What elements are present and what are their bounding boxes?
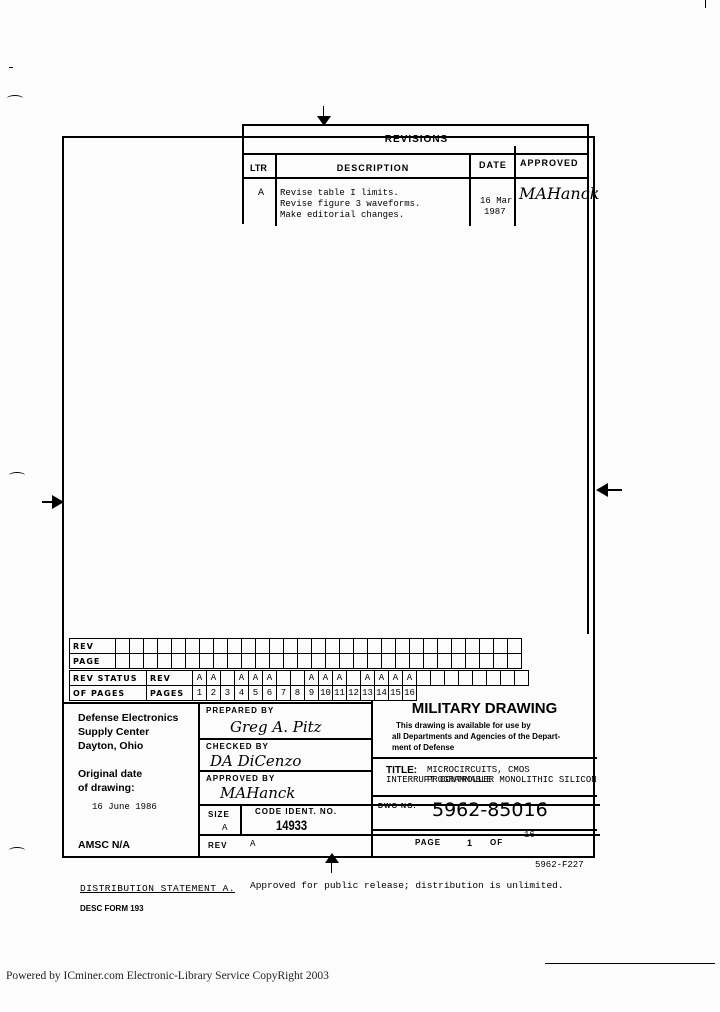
revision-description-1: Revise table I limits. xyxy=(280,188,399,198)
availability-line-3: ment of Defense xyxy=(392,743,454,752)
rev-cell: A xyxy=(235,671,249,686)
revisions-title: REVISIONS xyxy=(244,134,589,145)
footer-rule xyxy=(545,963,715,964)
distribution-label: DISTRIBUTION STATEMENT A. xyxy=(80,883,235,894)
rev-cell xyxy=(221,671,235,686)
center-mark-left xyxy=(42,495,64,509)
agency-line-3: Dayton, Ohio xyxy=(78,740,143,752)
revision-date-2: 1987 xyxy=(484,207,506,217)
agency-line-2: Supply Center xyxy=(78,726,149,738)
rev-cell: A xyxy=(403,671,417,686)
desc-form: DESC FORM 193 xyxy=(80,904,144,913)
page-cell: 12 xyxy=(347,686,361,701)
grid-row-rev: REV xyxy=(70,639,522,654)
page-cell: 11 xyxy=(333,686,347,701)
page-cell: 10 xyxy=(319,686,333,701)
center-mark-top xyxy=(317,106,331,126)
revision-approved-signature: MAHanck xyxy=(519,184,599,203)
title-line-2: INTERRUPT CONTROLLER MONOLITHIC SILICON xyxy=(386,775,597,785)
page-label: PAGE xyxy=(415,838,441,847)
powered-by: Powered by ICminer.com Electronic-Librar… xyxy=(6,970,329,982)
agency-line-1: Defense Electronics xyxy=(78,712,178,724)
page-cell: 3 xyxy=(221,686,235,701)
revision-date-1: 16 Mar xyxy=(480,196,512,206)
rev-cell: A xyxy=(263,671,277,686)
page-cell: 1 xyxy=(193,686,207,701)
page-cell: 6 xyxy=(263,686,277,701)
status-rev-sub-label: REV xyxy=(147,671,193,686)
agency-block: Defense Electronics Supply Center Dayton… xyxy=(64,704,200,856)
revisions-block: REVISIONS LTR DESCRIPTION DATE APPROVED … xyxy=(242,124,589,224)
scan-mark xyxy=(9,847,25,854)
code-ident-label: CODE IDENT. NO. xyxy=(255,807,337,816)
approvals-block: PREPARED BY Greg A. Pitz CHECKED BY DA D… xyxy=(200,700,372,856)
rev-cell: A xyxy=(361,671,375,686)
rev-cell: A xyxy=(193,671,207,686)
scan-mark xyxy=(9,67,13,68)
code-ident-value: 14933 xyxy=(276,817,307,833)
rev-cell: A xyxy=(319,671,333,686)
page-cell: 7 xyxy=(277,686,291,701)
header-date: DATE xyxy=(479,160,507,170)
drawing-heading: MILITARY DRAWING xyxy=(372,700,597,717)
revision-letter: A xyxy=(258,188,264,199)
approved-by-signature: MAHanck xyxy=(220,784,295,802)
status-pages-sub-label: PAGES xyxy=(147,686,193,701)
header-ltr: LTR xyxy=(250,163,267,173)
rev-cell xyxy=(277,671,291,686)
header-approved: APPROVED xyxy=(520,158,579,168)
availability-line-2: all Departments and Agencies of the Depa… xyxy=(392,732,560,741)
prepared-by-label: PREPARED BY xyxy=(206,706,274,715)
grid-rev-label: REV xyxy=(70,639,116,654)
rev-label: REV xyxy=(208,841,227,850)
grid-page-label: PAGE xyxy=(70,654,116,669)
status-row-rev: REV STATUS REV A A A A A A A A A A A A xyxy=(70,671,529,686)
header-description: DESCRIPTION xyxy=(277,163,469,173)
dwg-no-value: 5962-85016 xyxy=(432,799,548,821)
scan-mark xyxy=(9,472,25,479)
rev-status-grid: REV PAGE xyxy=(69,638,522,669)
size-label: SIZE xyxy=(208,810,230,819)
amsc: AMSC N/A xyxy=(78,839,130,851)
rev-value: A xyxy=(250,839,255,849)
distribution-text: Approved for public release; distributio… xyxy=(250,880,564,891)
rev-cell: A xyxy=(333,671,347,686)
dwg-no-label: DWG NO. xyxy=(378,803,417,810)
prepared-by-signature: Greg A. Pitz xyxy=(230,718,322,736)
rev-cell: A xyxy=(389,671,403,686)
rev-cell: A xyxy=(375,671,389,686)
page-cell: 8 xyxy=(291,686,305,701)
rev-cell xyxy=(347,671,361,686)
status-label-1: REV STATUS xyxy=(70,671,147,686)
page-cell: 5 xyxy=(249,686,263,701)
grid-row-page: PAGE xyxy=(70,654,522,669)
revision-description-3: Make editorial changes. xyxy=(280,210,404,220)
drawing-info-block: MILITARY DRAWING This drawing is availab… xyxy=(372,695,597,857)
checked-by-signature: DA DiCenzo xyxy=(210,752,301,770)
rev-cell: A xyxy=(207,671,221,686)
title-block-top xyxy=(64,702,372,704)
form-code: 5962-F227 xyxy=(535,860,584,870)
scan-mark xyxy=(7,95,23,102)
revision-description-2: Revise figure 3 waveforms. xyxy=(280,199,420,209)
rev-cell: A xyxy=(249,671,263,686)
original-date-label-2: of drawing: xyxy=(78,782,135,794)
original-date-label-1: Original date xyxy=(78,768,142,780)
checked-by-label: CHECKED BY xyxy=(206,742,269,751)
rev-cell: A xyxy=(305,671,319,686)
page-cell: 9 xyxy=(305,686,319,701)
of-label: OF xyxy=(490,838,503,847)
size-value: A xyxy=(222,823,227,833)
total-pages: 16 xyxy=(524,830,535,840)
availability-line-1: This drawing is available for use by xyxy=(396,721,531,730)
scan-mark xyxy=(705,0,706,8)
center-mark-right xyxy=(596,483,608,497)
approved-by-label: APPROVED BY xyxy=(206,774,275,783)
rev-cell xyxy=(291,671,305,686)
original-date: 16 June 1986 xyxy=(92,802,157,812)
status-label-2: OF PAGES xyxy=(70,686,147,701)
page-cell: 2 xyxy=(207,686,221,701)
page-cell: 4 xyxy=(235,686,249,701)
page-value: 1 xyxy=(467,838,472,848)
